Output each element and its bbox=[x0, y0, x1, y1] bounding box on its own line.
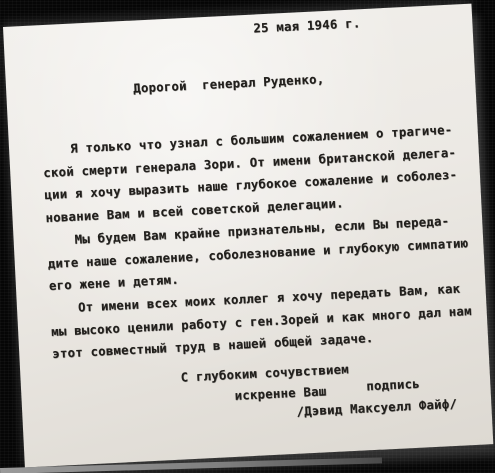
letter-salutation: Дорогой генерал Руденко, bbox=[133, 72, 325, 95]
scan-background: 25 мая 1946 г. Дорогой генерал Руденко, … bbox=[0, 0, 495, 473]
letter-page: 25 мая 1946 г. Дорогой генерал Руденко, … bbox=[3, 4, 493, 468]
signature-label: подпись bbox=[366, 377, 420, 394]
signature-name: /Дэвид Максуелл Файф/ bbox=[296, 397, 457, 419]
letter-body: Я только что узнал с большим сожалением … bbox=[42, 118, 477, 366]
closing-sentiment: С глубоким сочувствием bbox=[180, 362, 349, 384]
letter-date: 25 мая 1946 г. bbox=[253, 16, 361, 35]
closing-valediction: искренне Ваш bbox=[234, 384, 326, 403]
